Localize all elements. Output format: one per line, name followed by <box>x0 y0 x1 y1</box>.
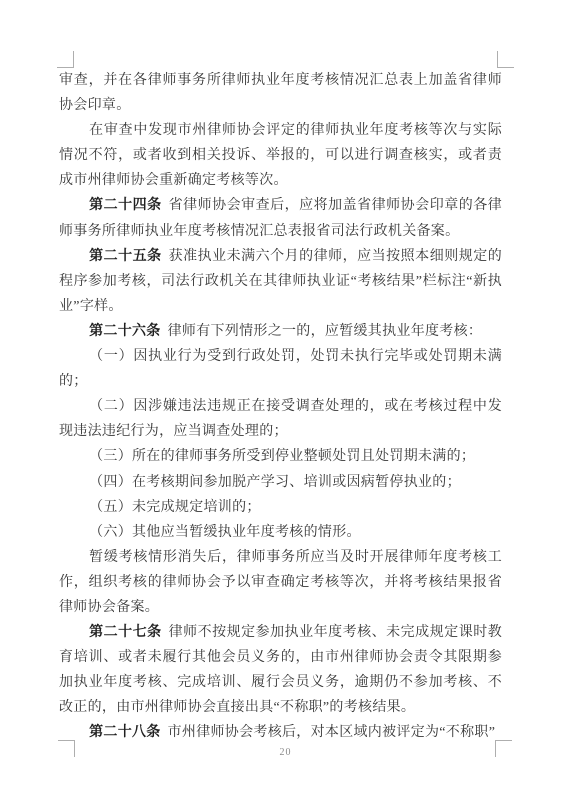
paragraph-text: （一）因执业行为受到行政处罚，处罚未执行完毕或处罚期未满的； <box>59 349 502 389</box>
paragraph-text: （三）所在的律师事务所受到停业整顿处罚且处罚期未满的； <box>89 449 475 464</box>
crop-mark-top-right <box>497 51 514 68</box>
article-number: 第二十六条 <box>89 324 161 339</box>
list-item: （一）因执业行为受到行政处罚，处罚未执行完毕或处罚期未满的； <box>59 344 502 394</box>
article-number: 第二十四条 <box>89 198 162 213</box>
document-body: 审查，并在各律师事务所律师执业年度考核情况汇总表上加盖省律师协会印章。 在审查中… <box>59 68 502 746</box>
paragraph: 第二十六条律师有下列情形之一的，应暂缓其执业年度考核： <box>59 319 502 344</box>
paragraph: 第二十五条获准执业未满六个月的律师，应当按照本细则规定的程序参加考核，司法行政机… <box>59 244 502 319</box>
crop-mark-top-left <box>57 51 74 68</box>
paragraph-text: （二）因涉嫌违法违规正在接受调查处理的，或在考核过程中发现违法违纪行为，应当调查… <box>59 399 502 439</box>
paragraph-text: 市州律师协会考核后，对本区域内被评定为“不称职” <box>168 725 496 740</box>
paragraph-text: （六）其他应当暂缓执业年度考核的情形。 <box>89 525 361 540</box>
paragraph: 第二十四条省律师协会审查后，应将加盖省律师协会印章的各律师事务所律师执业年度考核… <box>59 193 502 243</box>
list-item: （六）其他应当暂缓执业年度考核的情形。 <box>59 520 502 545</box>
paragraph-text: 暂缓考核情形消失后，律师事务所应当及时开展律师年度考核工作，组织考核的律师协会予… <box>59 550 502 615</box>
list-item: （二）因涉嫌违法违规正在接受调查处理的，或在考核过程中发现违法违纪行为，应当调查… <box>59 394 502 444</box>
paragraph: 审查，并在各律师事务所律师执业年度考核情况汇总表上加盖省律师协会印章。 <box>59 68 502 118</box>
paragraph-text: （五）未完成规定培训的； <box>89 500 261 515</box>
paragraph: 第二十八条市州律师协会考核后，对本区域内被评定为“不称职” <box>59 720 502 745</box>
document-page: 审查，并在各律师事务所律师执业年度考核情况汇总表上加盖省律师协会印章。 在审查中… <box>0 0 571 808</box>
paragraph: 暂缓考核情形消失后，律师事务所应当及时开展律师年度考核工作，组织考核的律师协会予… <box>59 545 502 620</box>
paragraph-text: （四）在考核期间参加脱产学习、培训或因病暂停执业的； <box>89 475 461 490</box>
article-number: 第二十七条 <box>89 625 162 640</box>
paragraph: 在审查中发现市州律师协会评定的律师执业年度考核等次与实际情况不符，或者收到相关投… <box>59 118 502 193</box>
page-number: 20 <box>0 747 571 758</box>
paragraph-text: 审查，并在各律师事务所律师执业年度考核情况汇总表上加盖省律师协会印章。 <box>59 73 502 113</box>
article-number: 第二十五条 <box>89 249 162 264</box>
paragraph-text: 在审查中发现市州律师协会评定的律师执业年度考核等次与实际情况不符，或者收到相关投… <box>59 123 502 188</box>
list-item: （五）未完成规定培训的； <box>59 495 502 520</box>
list-item: （三）所在的律师事务所受到停业整顿处罚且处罚期未满的； <box>59 444 502 469</box>
paragraph: 第二十七条律师不按规定参加执业年度考核、未完成规定课时教育培训、或者未履行其他会… <box>59 620 502 720</box>
list-item: （四）在考核期间参加脱产学习、培训或因病暂停执业的； <box>59 470 502 495</box>
article-number: 第二十八条 <box>89 725 161 740</box>
paragraph-text: 律师有下列情形之一的，应暂缓其执业年度考核： <box>168 324 483 339</box>
